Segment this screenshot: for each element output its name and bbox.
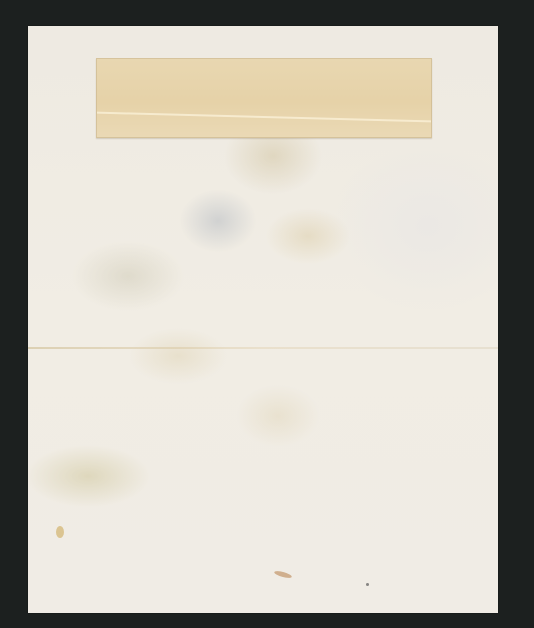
hinge-fold-line (97, 112, 431, 123)
horizontal-crease (28, 347, 498, 349)
stamp-hinge (96, 58, 432, 138)
toning-spot (56, 526, 64, 538)
dirt-speck (366, 583, 369, 586)
stamp-reverse (28, 26, 498, 613)
